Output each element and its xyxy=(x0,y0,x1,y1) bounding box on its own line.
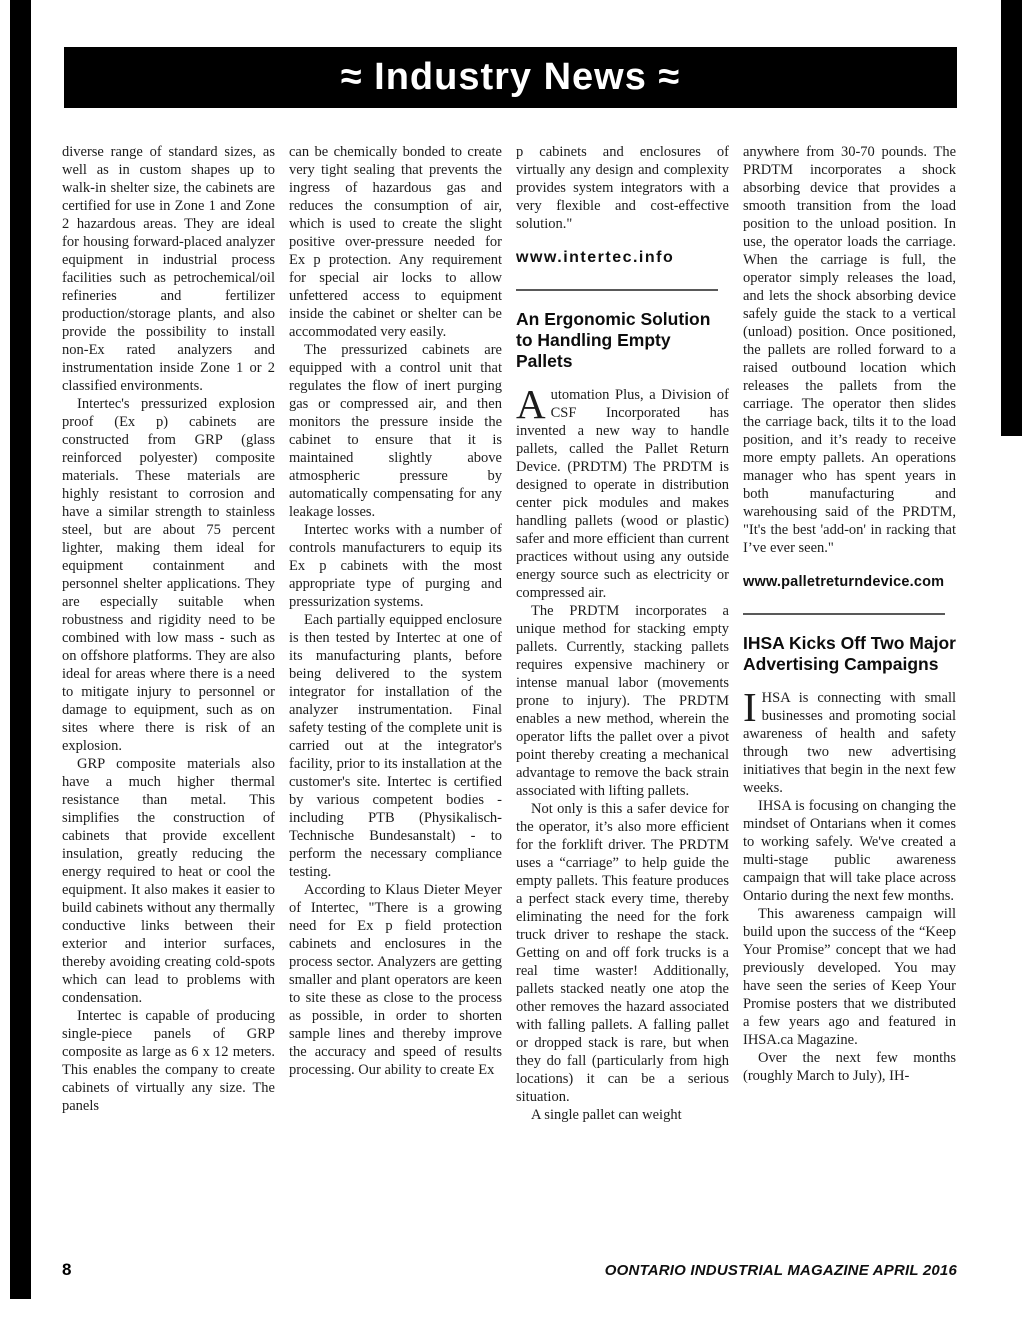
page-number: 8 xyxy=(62,1260,71,1280)
paragraph: The PRDTM incorporates a unique method f… xyxy=(516,602,729,800)
paragraph: The pressurized cabinets are equipped wi… xyxy=(289,341,502,521)
column-4: anywhere from 30-70 pounds. The PRDTM in… xyxy=(743,143,956,1267)
paragraph: Each partially equipped enclosure is the… xyxy=(289,611,502,881)
paragraph: Not only is this a safer device for the … xyxy=(516,800,729,1106)
paragraph: can be chemically bonded to create very … xyxy=(289,143,502,341)
paragraph: A single pallet can weight xyxy=(516,1106,729,1124)
section-banner: ≈ Industry News ≈ xyxy=(64,47,957,108)
paragraph: Intertec is capable of producing single-… xyxy=(62,1007,275,1115)
website-link-intertec: www.intertec.info xyxy=(516,249,729,267)
paragraph: IHSA is focusing on changing the mindset… xyxy=(743,797,956,905)
magazine-page: ≈ Industry News ≈ diverse range of stand… xyxy=(0,0,1024,1339)
paragraph: diverse range of standard sizes, as well… xyxy=(62,143,275,395)
paragraph: anywhere from 30-70 pounds. The PRDTM in… xyxy=(743,143,956,557)
paragraph: GRP composite materials also have a much… xyxy=(62,755,275,1007)
right-edge-bar xyxy=(1001,0,1022,436)
paragraph: Intertec works with a number of controls… xyxy=(289,521,502,611)
article-columns: diverse range of standard sizes, as well… xyxy=(62,143,956,1267)
column-2: can be chemically bonded to create very … xyxy=(289,143,502,1267)
column-3: p cabinets and enclosures of virtually a… xyxy=(516,143,729,1267)
paragraph-with-dropcap: IHSA is connecting with small businesses… xyxy=(743,689,956,797)
footer-magazine-title: OONTARIO INDUSTRIAL MAGAZINE APRIL 2016 xyxy=(605,1262,957,1279)
drop-cap-letter: A xyxy=(516,386,551,421)
section-divider xyxy=(743,613,945,615)
paragraph: Over the next few months (roughly March … xyxy=(743,1049,956,1085)
left-edge-bar xyxy=(10,0,31,1299)
paragraph: p cabinets and enclosures of virtually a… xyxy=(516,143,729,233)
paragraph: This awareness campaign will build upon … xyxy=(743,905,956,1049)
section-divider xyxy=(516,289,718,291)
paragraph: Intertec's pressurized explosion proof (… xyxy=(62,395,275,755)
drop-cap-letter: I xyxy=(743,689,762,724)
website-link-palletreturndevice: www.palletreturndevice.com xyxy=(743,573,956,591)
paragraph-with-dropcap: Automation Plus, a Division of CSF Incor… xyxy=(516,386,729,602)
paragraph-text: HSA is connecting with small businesses … xyxy=(743,690,956,796)
article-heading-ergonomic-solution: An Ergonomic Solution to Handling Empty … xyxy=(516,309,729,372)
paragraph: According to Klaus Dieter Meyer of Inter… xyxy=(289,881,502,1079)
banner-title: ≈ Industry News ≈ xyxy=(341,56,681,99)
article-heading-ihsa-campaigns: IHSA Kicks Off Two Major Advertising Cam… xyxy=(743,633,956,675)
column-1: diverse range of standard sizes, as well… xyxy=(62,143,275,1267)
